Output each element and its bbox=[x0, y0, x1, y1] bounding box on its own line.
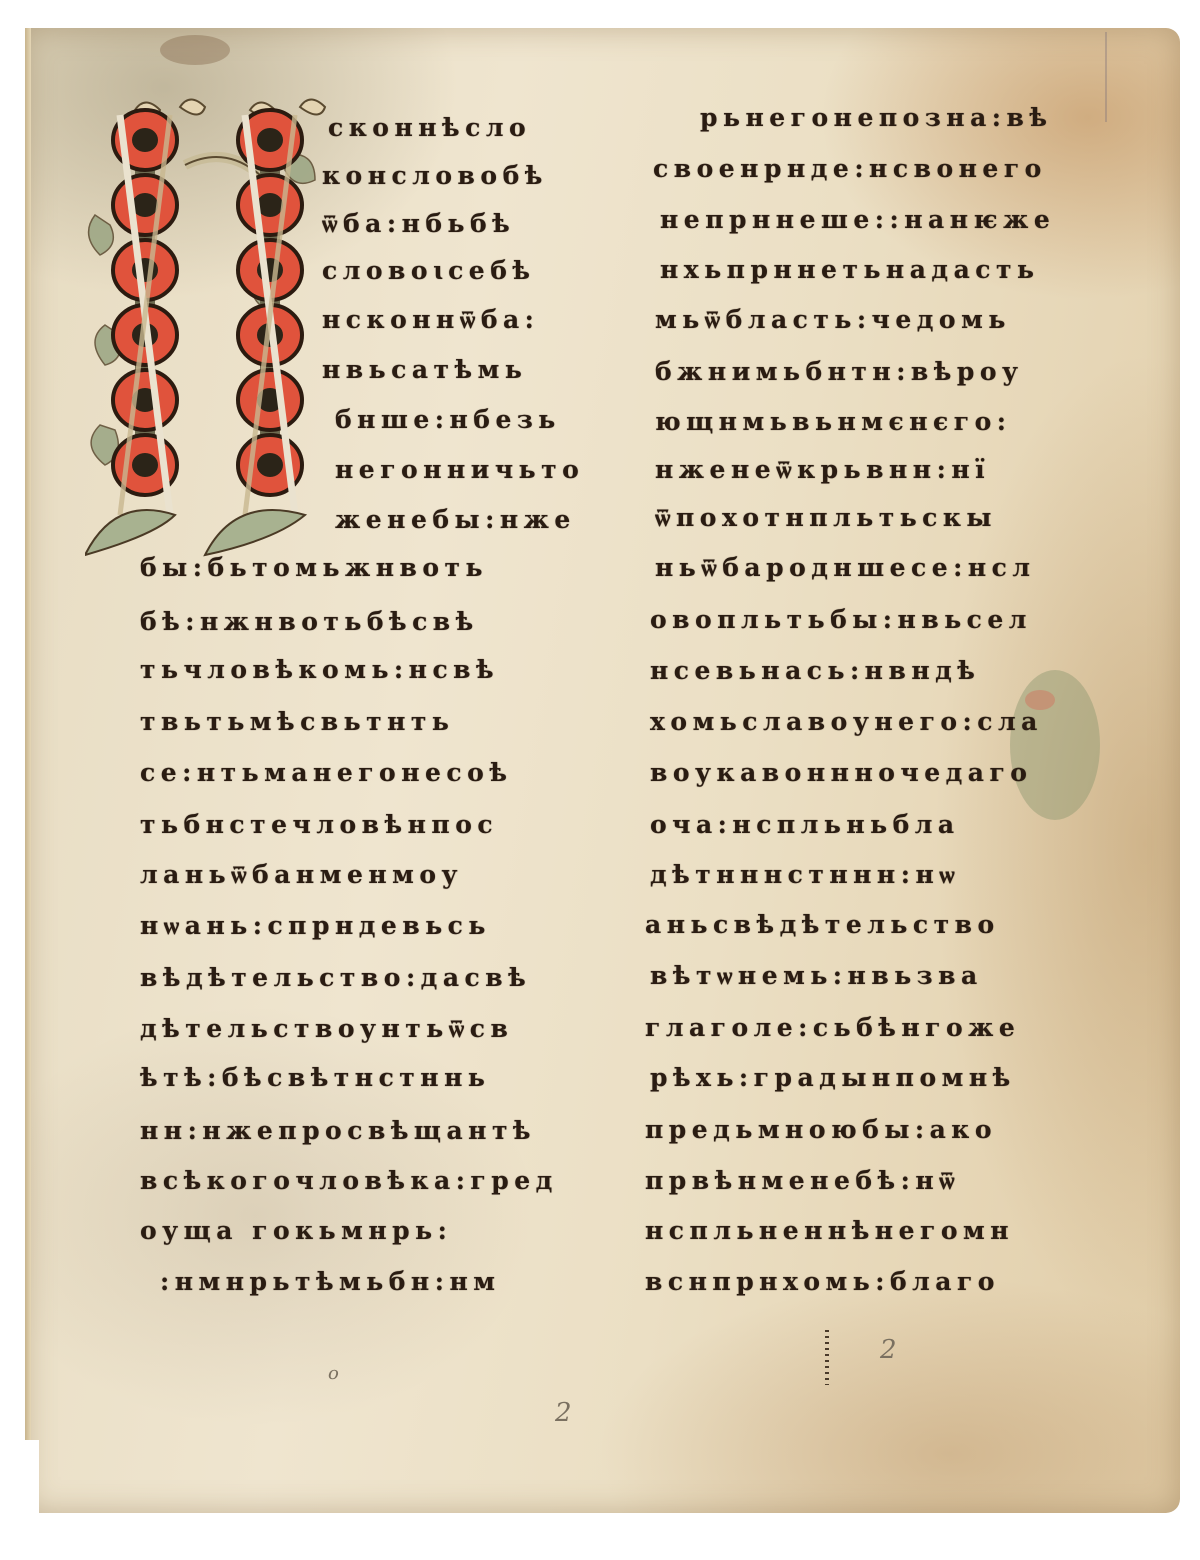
quire-mark-icon bbox=[825, 1330, 829, 1385]
text-line: рѣхь:градынпомнѣ bbox=[650, 1063, 1016, 1093]
text-line: ньѿбародншесе:нсл bbox=[655, 553, 1036, 583]
stain bbox=[160, 35, 230, 65]
text-line: словоꙇсебѣ bbox=[322, 256, 535, 286]
text-line: дѣтнннстннн:нѡ bbox=[650, 860, 960, 890]
text-line: глаголе:сьбѣнгоже bbox=[645, 1013, 1020, 1043]
text-line: хомьславоунего:сла bbox=[650, 707, 1043, 737]
text-line: сконнѣсло bbox=[328, 113, 531, 143]
pencil-circle-mark: o bbox=[328, 1363, 339, 1384]
text-line: ланьѿбанменмоу bbox=[140, 860, 463, 890]
text-line: вѣдѣтельство:дасвѣ bbox=[140, 963, 531, 993]
text-line: нѡань:спрндевьсь bbox=[140, 911, 491, 941]
text-line: мьѿбласть:чедомь bbox=[655, 305, 1011, 335]
text-line: се:нтьманегонесоѣ bbox=[140, 758, 512, 788]
text-line: предьмноюбы:ако bbox=[645, 1115, 997, 1145]
text-line: бжнимьбнтн:вѣроу bbox=[655, 357, 1024, 387]
text-line: консловобѣ bbox=[322, 161, 548, 191]
decorated-initial-pe-icon bbox=[85, 95, 330, 565]
page-crease bbox=[1105, 32, 1107, 122]
text-line: воукавоннночедаго bbox=[650, 758, 1032, 788]
text-line: првѣнменебѣ:нѿ bbox=[645, 1166, 960, 1196]
text-line: бѣ:нжнвотьбѣсвѣ bbox=[140, 607, 479, 637]
text-line: рьнегонепозна:вѣ bbox=[700, 103, 1052, 133]
stain-green bbox=[1010, 670, 1100, 820]
text-line: овопльтьбы:нвьсел bbox=[650, 605, 1032, 635]
text-line: всѣкогочловѣка:гред bbox=[140, 1166, 558, 1196]
text-line: своенрнде:нсвонего bbox=[653, 154, 1047, 184]
text-line: непрннеше::нанѥже bbox=[660, 205, 1055, 235]
text-line: ѿпохотнпльтьскы bbox=[655, 503, 997, 533]
text-line: оуща гокьмнрь: bbox=[140, 1216, 452, 1246]
text-line: тьчловѣкомь:нсвѣ bbox=[140, 655, 499, 685]
text-line: ѿба:нбьбѣ bbox=[322, 209, 515, 239]
text-line: аньсвѣдѣтельство bbox=[645, 910, 1000, 940]
text-line: нспльненнѣнегомн bbox=[645, 1216, 1014, 1246]
text-line: ющнмьвьнмєнєго: bbox=[655, 407, 1012, 437]
text-line: бнше:нбезь bbox=[335, 405, 561, 435]
text-line: нсевьнась:нвндѣ bbox=[650, 656, 980, 686]
text-line: нсконнѿба: bbox=[322, 305, 539, 335]
pencil-folio-number: 2 bbox=[555, 1398, 572, 1428]
text-line: женебы:нже bbox=[335, 505, 576, 535]
page-edge-notch bbox=[25, 1440, 39, 1515]
text-line: твьтьмѣсвьтнть bbox=[140, 707, 454, 737]
text-line: ѣтѣ:бѣсвѣтнстннь bbox=[140, 1063, 490, 1093]
text-line: бы:бьтомьжнвоть bbox=[140, 553, 488, 583]
text-line: негонничьто bbox=[335, 455, 584, 485]
text-line: :нмнрьтѣмьбн:нм bbox=[160, 1267, 500, 1297]
text-line: тьбнстечловѣнпос bbox=[140, 810, 498, 840]
text-line: дѣтельствоунтьѿсв bbox=[140, 1014, 513, 1044]
pencil-folio-number-right: 2 bbox=[880, 1335, 897, 1365]
text-line: оча:нспльньбла bbox=[650, 810, 960, 840]
text-line: нн:нжепросвѣщантѣ bbox=[140, 1116, 536, 1146]
text-line: нхьпрннетьнадасть bbox=[660, 255, 1039, 285]
text-line: нвьсатѣмь bbox=[322, 355, 527, 385]
text-line: нженеѿкрьвнн:нї bbox=[655, 455, 990, 485]
text-line: вѣтѡнемь:нвьзва bbox=[650, 961, 983, 991]
text-line: вснпрнхомь:благо bbox=[645, 1267, 1000, 1297]
